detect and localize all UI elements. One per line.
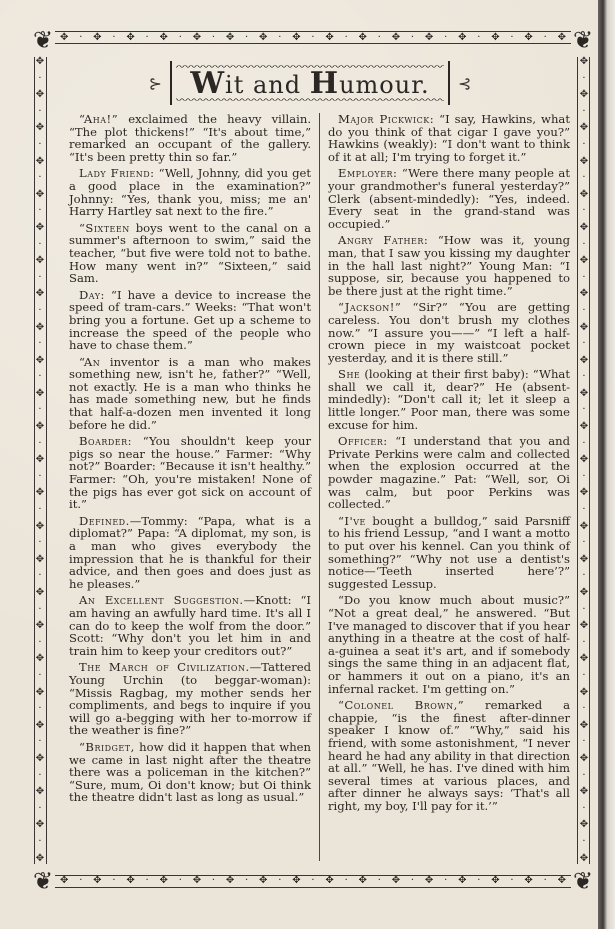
joke-text: inventor is a man who makes something ne… bbox=[69, 355, 311, 432]
chain-dot-icon: · bbox=[38, 107, 41, 117]
chain-ornament-icon: ✥ bbox=[580, 754, 588, 764]
chain-ornament-icon: ✥ bbox=[580, 389, 588, 399]
chain-ornament-icon: ✥ bbox=[359, 876, 367, 886]
chain-dot-icon: · bbox=[146, 33, 149, 43]
chain-dot-icon: · bbox=[582, 704, 585, 714]
page-title-banner: ⊱ Wit and Humour. ⊰ bbox=[140, 60, 480, 106]
chain-dot-icon: · bbox=[378, 33, 381, 43]
chain-ornament-icon: ✥ bbox=[392, 876, 400, 886]
border-chain-bottom: ✥·✥·✥·✥·✥·✥·✥·✥·✥·✥·✥·✥·✥·✥·✥·✥ bbox=[60, 876, 566, 886]
chain-ornament-icon: ✥ bbox=[36, 787, 44, 797]
chain-dot-icon: · bbox=[582, 173, 585, 183]
chain-ornament-icon: ✥ bbox=[580, 522, 588, 532]
chain-ornament-icon: ✥ bbox=[580, 555, 588, 565]
chain-ornament-icon: ✥ bbox=[60, 876, 68, 886]
chain-dot-icon: · bbox=[582, 638, 585, 648]
chain-dot-icon: · bbox=[378, 876, 381, 886]
chain-dot-icon: · bbox=[38, 339, 41, 349]
chain-ornament-icon: ✥ bbox=[580, 688, 588, 698]
border-rule bbox=[46, 57, 47, 864]
joke-paragraph: Major Pickwick: “I say, Hawkins, what do… bbox=[328, 113, 570, 163]
chain-dot-icon: · bbox=[411, 876, 414, 886]
corner-ornament-icon: ❦ bbox=[28, 25, 58, 55]
chain-ornament-icon: ✥ bbox=[425, 876, 433, 886]
joke-paragraph: “Bridget, how did it happen that when we… bbox=[69, 741, 311, 804]
joke-paragraph: Defined.—Tommy: “Papa, what is a diploma… bbox=[69, 515, 311, 591]
chain-dot-icon: · bbox=[38, 737, 41, 747]
chain-dot-icon: · bbox=[582, 339, 585, 349]
chain-dot-icon: · bbox=[38, 671, 41, 681]
chain-ornament-icon: ✥ bbox=[580, 854, 588, 864]
joke-text: (looking at their first baby): “What sha… bbox=[328, 367, 570, 431]
joke-paragraph: She (looking at their first baby): “What… bbox=[328, 368, 570, 431]
chain-dot-icon: · bbox=[582, 140, 585, 150]
chain-ornament-icon: ✥ bbox=[580, 157, 588, 167]
chain-ornament-icon: ✥ bbox=[259, 33, 267, 43]
chain-ornament-icon: ✥ bbox=[60, 33, 68, 43]
joke-paragraph: Officer: “I understand that you and Priv… bbox=[328, 435, 570, 511]
chain-dot-icon: · bbox=[38, 372, 41, 382]
joke-paragraph: “Colonel Brown,” remarked a chappie, “is… bbox=[328, 699, 570, 812]
chain-ornament-icon: ✥ bbox=[458, 33, 466, 43]
border-chain-top: ✥·✥·✥·✥·✥·✥·✥·✥·✥·✥·✥·✥·✥·✥·✥·✥ bbox=[60, 33, 566, 43]
chain-ornament-icon: ✥ bbox=[458, 876, 466, 886]
right-column: Major Pickwick: “I say, Hawkins, what do… bbox=[320, 113, 570, 861]
chain-dot-icon: · bbox=[179, 33, 182, 43]
chain-ornament-icon: ✥ bbox=[36, 688, 44, 698]
chain-dot-icon: · bbox=[582, 206, 585, 216]
corner-ornament-icon: ❦ bbox=[568, 866, 598, 896]
chain-ornament-icon: ✥ bbox=[292, 33, 300, 43]
joke-text: “Do you know much about music?” “Not a g… bbox=[328, 593, 570, 695]
chain-dot-icon: · bbox=[79, 33, 82, 43]
chain-dot-icon: · bbox=[582, 605, 585, 615]
chain-dot-icon: · bbox=[444, 876, 447, 886]
page-title: Wit and Humour. bbox=[190, 66, 429, 101]
chain-dot-icon: · bbox=[477, 876, 480, 886]
border-chain-left: ✥·✥·✥·✥·✥·✥·✥·✥·✥·✥·✥·✥·✥·✥·✥·✥·✥·✥·✥·✥·… bbox=[35, 57, 45, 864]
chain-ornament-icon: ✥ bbox=[392, 33, 400, 43]
chain-ornament-icon: ✥ bbox=[580, 356, 588, 366]
chain-ornament-icon: ✥ bbox=[36, 356, 44, 366]
chain-ornament-icon: ✥ bbox=[580, 588, 588, 598]
chain-ornament-icon: ✥ bbox=[580, 256, 588, 266]
chain-ornament-icon: ✥ bbox=[524, 876, 532, 886]
chain-dot-icon: · bbox=[411, 33, 414, 43]
joke-paragraph: “I've bought a bulldog,” said Parsniff t… bbox=[328, 515, 570, 591]
chain-ornament-icon: ✥ bbox=[580, 323, 588, 333]
chain-ornament-icon: ✥ bbox=[226, 33, 234, 43]
title-box: Wit and Humour. bbox=[170, 61, 449, 105]
chain-dot-icon: · bbox=[38, 140, 41, 150]
chain-dot-icon: · bbox=[582, 737, 585, 747]
chain-dot-icon: · bbox=[582, 306, 585, 316]
chain-dot-icon: · bbox=[278, 33, 281, 43]
chain-dot-icon: · bbox=[582, 505, 585, 515]
chain-dot-icon: · bbox=[582, 240, 585, 250]
joke-paragraph: The March of Civilization.—Tattered Youn… bbox=[69, 661, 311, 737]
joke-text: remarked a chappie, “is the finest after… bbox=[328, 698, 570, 813]
chain-dot-icon: · bbox=[510, 33, 513, 43]
chain-dot-icon: · bbox=[146, 876, 149, 886]
chain-dot-icon: · bbox=[38, 704, 41, 714]
chain-ornament-icon: ✥ bbox=[36, 820, 44, 830]
chain-ornament-icon: ✥ bbox=[36, 190, 44, 200]
border-rule bbox=[577, 57, 578, 864]
joke-paragraph: “Jackson!” “Sir?” “You are getting carel… bbox=[328, 301, 570, 364]
chain-dot-icon: · bbox=[212, 876, 215, 886]
chain-ornament-icon: ✥ bbox=[580, 721, 588, 731]
chain-dot-icon: · bbox=[278, 876, 281, 886]
chain-dot-icon: · bbox=[38, 405, 41, 415]
chain-ornament-icon: ✥ bbox=[126, 876, 134, 886]
joke-paragraph: “Do you know much about music?” “Not a g… bbox=[328, 594, 570, 695]
chain-ornament-icon: ✥ bbox=[160, 876, 168, 886]
border-chain-right: ✥·✥·✥·✥·✥·✥·✥·✥·✥·✥·✥·✥·✥·✥·✥·✥·✥·✥·✥·✥·… bbox=[579, 57, 589, 864]
chain-dot-icon: · bbox=[477, 33, 480, 43]
chain-ornament-icon: ✥ bbox=[36, 157, 44, 167]
joke-paragraph: Boarder: “You shouldn't keep your pigs s… bbox=[69, 435, 311, 511]
text-columns: “Aha!” exclaimed the heavy villain. “The… bbox=[69, 113, 570, 861]
joke-paragraph: “An inventor is a man who makes somethin… bbox=[69, 356, 311, 432]
chain-dot-icon: · bbox=[38, 472, 41, 482]
chain-ornament-icon: ✥ bbox=[36, 57, 44, 67]
chain-ornament-icon: ✥ bbox=[580, 289, 588, 299]
chain-ornament-icon: ✥ bbox=[580, 223, 588, 233]
border-rule bbox=[55, 887, 571, 888]
chain-dot-icon: · bbox=[245, 876, 248, 886]
chain-dot-icon: · bbox=[38, 571, 41, 581]
chain-dot-icon: · bbox=[311, 876, 314, 886]
chain-dot-icon: · bbox=[311, 33, 314, 43]
chain-dot-icon: · bbox=[38, 273, 41, 283]
chain-ornament-icon: ✥ bbox=[580, 455, 588, 465]
chain-ornament-icon: ✥ bbox=[36, 555, 44, 565]
chain-dot-icon: · bbox=[245, 33, 248, 43]
chain-ornament-icon: ✥ bbox=[36, 90, 44, 100]
chain-ornament-icon: ✥ bbox=[193, 33, 201, 43]
title-initial: W bbox=[190, 66, 225, 101]
chain-ornament-icon: ✥ bbox=[580, 57, 588, 67]
joke-paragraph: “Aha!” exclaimed the heavy villain. “The… bbox=[69, 113, 311, 163]
chain-dot-icon: · bbox=[582, 804, 585, 814]
chain-ornament-icon: ✥ bbox=[580, 787, 588, 797]
chain-dot-icon: · bbox=[582, 472, 585, 482]
chain-dot-icon: · bbox=[38, 74, 41, 84]
chain-ornament-icon: ✥ bbox=[36, 721, 44, 731]
chain-dot-icon: · bbox=[79, 876, 82, 886]
corner-ornament-icon: ❦ bbox=[28, 866, 58, 896]
joke-paragraph: Lady Friend: “Well, Johnny, did you get … bbox=[69, 167, 311, 217]
chain-ornament-icon: ✥ bbox=[491, 33, 499, 43]
chain-dot-icon: · bbox=[38, 439, 41, 449]
chain-dot-icon: · bbox=[112, 33, 115, 43]
chain-dot-icon: · bbox=[38, 173, 41, 183]
chain-ornament-icon: ✥ bbox=[325, 876, 333, 886]
title-initial: H bbox=[310, 66, 339, 101]
chain-ornament-icon: ✥ bbox=[580, 621, 588, 631]
chain-dot-icon: · bbox=[582, 538, 585, 548]
chain-ornament-icon: ✥ bbox=[425, 33, 433, 43]
chain-ornament-icon: ✥ bbox=[93, 33, 101, 43]
joke-text: “I have a device to increase the speed o… bbox=[69, 288, 311, 352]
chain-ornament-icon: ✥ bbox=[36, 488, 44, 498]
chain-dot-icon: · bbox=[38, 306, 41, 316]
chain-ornament-icon: ✥ bbox=[580, 123, 588, 133]
chain-ornament-icon: ✥ bbox=[580, 820, 588, 830]
chain-ornament-icon: ✥ bbox=[580, 90, 588, 100]
chain-ornament-icon: ✥ bbox=[36, 289, 44, 299]
chain-ornament-icon: ✥ bbox=[359, 33, 367, 43]
chain-dot-icon: · bbox=[582, 74, 585, 84]
chain-dot-icon: · bbox=[582, 771, 585, 781]
chain-ornament-icon: ✥ bbox=[259, 876, 267, 886]
chain-ornament-icon: ✥ bbox=[558, 33, 566, 43]
chain-dot-icon: · bbox=[38, 837, 41, 847]
chain-ornament-icon: ✥ bbox=[36, 422, 44, 432]
chain-ornament-icon: ✥ bbox=[36, 389, 44, 399]
chain-dot-icon: · bbox=[212, 33, 215, 43]
chain-dot-icon: · bbox=[582, 671, 585, 681]
chain-ornament-icon: ✥ bbox=[36, 854, 44, 864]
chain-ornament-icon: ✥ bbox=[36, 522, 44, 532]
chain-dot-icon: · bbox=[38, 804, 41, 814]
chain-dot-icon: · bbox=[582, 273, 585, 283]
chain-dot-icon: · bbox=[38, 638, 41, 648]
chain-ornament-icon: ✥ bbox=[36, 754, 44, 764]
chain-dot-icon: · bbox=[544, 33, 547, 43]
joke-paragraph: Day: “I have a device to increase the sp… bbox=[69, 289, 311, 352]
chain-ornament-icon: ✥ bbox=[36, 588, 44, 598]
joke-paragraph: “Sixteen boys went to the canal on a sum… bbox=[69, 222, 311, 285]
chain-ornament-icon: ✥ bbox=[36, 223, 44, 233]
chain-dot-icon: · bbox=[38, 206, 41, 216]
chain-ornament-icon: ✥ bbox=[36, 621, 44, 631]
chain-dot-icon: · bbox=[582, 405, 585, 415]
chain-ornament-icon: ✥ bbox=[93, 876, 101, 886]
chain-ornament-icon: ✥ bbox=[36, 654, 44, 664]
chain-ornament-icon: ✥ bbox=[126, 33, 134, 43]
chain-ornament-icon: ✥ bbox=[491, 876, 499, 886]
left-column: “Aha!” exclaimed the heavy villain. “The… bbox=[69, 113, 319, 861]
chain-ornament-icon: ✥ bbox=[36, 323, 44, 333]
border-rule bbox=[589, 57, 590, 864]
chain-dot-icon: · bbox=[582, 439, 585, 449]
chain-dot-icon: · bbox=[38, 771, 41, 781]
chain-ornament-icon: ✥ bbox=[558, 876, 566, 886]
chain-ornament-icon: ✥ bbox=[580, 422, 588, 432]
chain-ornament-icon: ✥ bbox=[36, 123, 44, 133]
chain-ornament-icon: ✥ bbox=[36, 256, 44, 266]
chain-ornament-icon: ✥ bbox=[292, 876, 300, 886]
chain-ornament-icon: ✥ bbox=[580, 654, 588, 664]
chain-dot-icon: · bbox=[444, 33, 447, 43]
title-text-part: umour. bbox=[339, 71, 430, 99]
joke-paragraph: Angry Father: “How was it, young man, th… bbox=[328, 234, 570, 297]
chain-dot-icon: · bbox=[345, 33, 348, 43]
chain-dot-icon: · bbox=[582, 837, 585, 847]
chain-dot-icon: · bbox=[345, 876, 348, 886]
chain-dot-icon: · bbox=[38, 538, 41, 548]
chain-ornament-icon: ✥ bbox=[580, 190, 588, 200]
chain-dot-icon: · bbox=[544, 876, 547, 886]
flourish-left-icon: ⊱ bbox=[140, 74, 170, 93]
flourish-right-icon: ⊰ bbox=[450, 74, 480, 93]
chain-dot-icon: · bbox=[38, 505, 41, 515]
chain-dot-icon: · bbox=[510, 876, 513, 886]
border-rule bbox=[55, 43, 571, 44]
chain-dot-icon: · bbox=[582, 571, 585, 581]
chain-dot-icon: · bbox=[582, 107, 585, 117]
chain-ornament-icon: ✥ bbox=[226, 876, 234, 886]
joke-paragraph: Employer: “Were there many people at you… bbox=[328, 167, 570, 230]
chain-ornament-icon: ✥ bbox=[160, 33, 168, 43]
corner-ornament-icon: ❦ bbox=[568, 25, 598, 55]
title-text-part: it and bbox=[225, 71, 310, 99]
chain-dot-icon: · bbox=[582, 372, 585, 382]
chain-dot-icon: · bbox=[38, 240, 41, 250]
book-spine-shadow bbox=[598, 0, 615, 929]
chain-ornament-icon: ✥ bbox=[524, 33, 532, 43]
chain-ornament-icon: ✥ bbox=[36, 455, 44, 465]
chain-dot-icon: · bbox=[179, 876, 182, 886]
chain-ornament-icon: ✥ bbox=[580, 488, 588, 498]
chain-dot-icon: · bbox=[38, 605, 41, 615]
chain-dot-icon: · bbox=[112, 876, 115, 886]
chain-ornament-icon: ✥ bbox=[325, 33, 333, 43]
chain-ornament-icon: ✥ bbox=[193, 876, 201, 886]
joke-paragraph: An Excellent Suggestion.—Knott: “I am ha… bbox=[69, 594, 311, 657]
